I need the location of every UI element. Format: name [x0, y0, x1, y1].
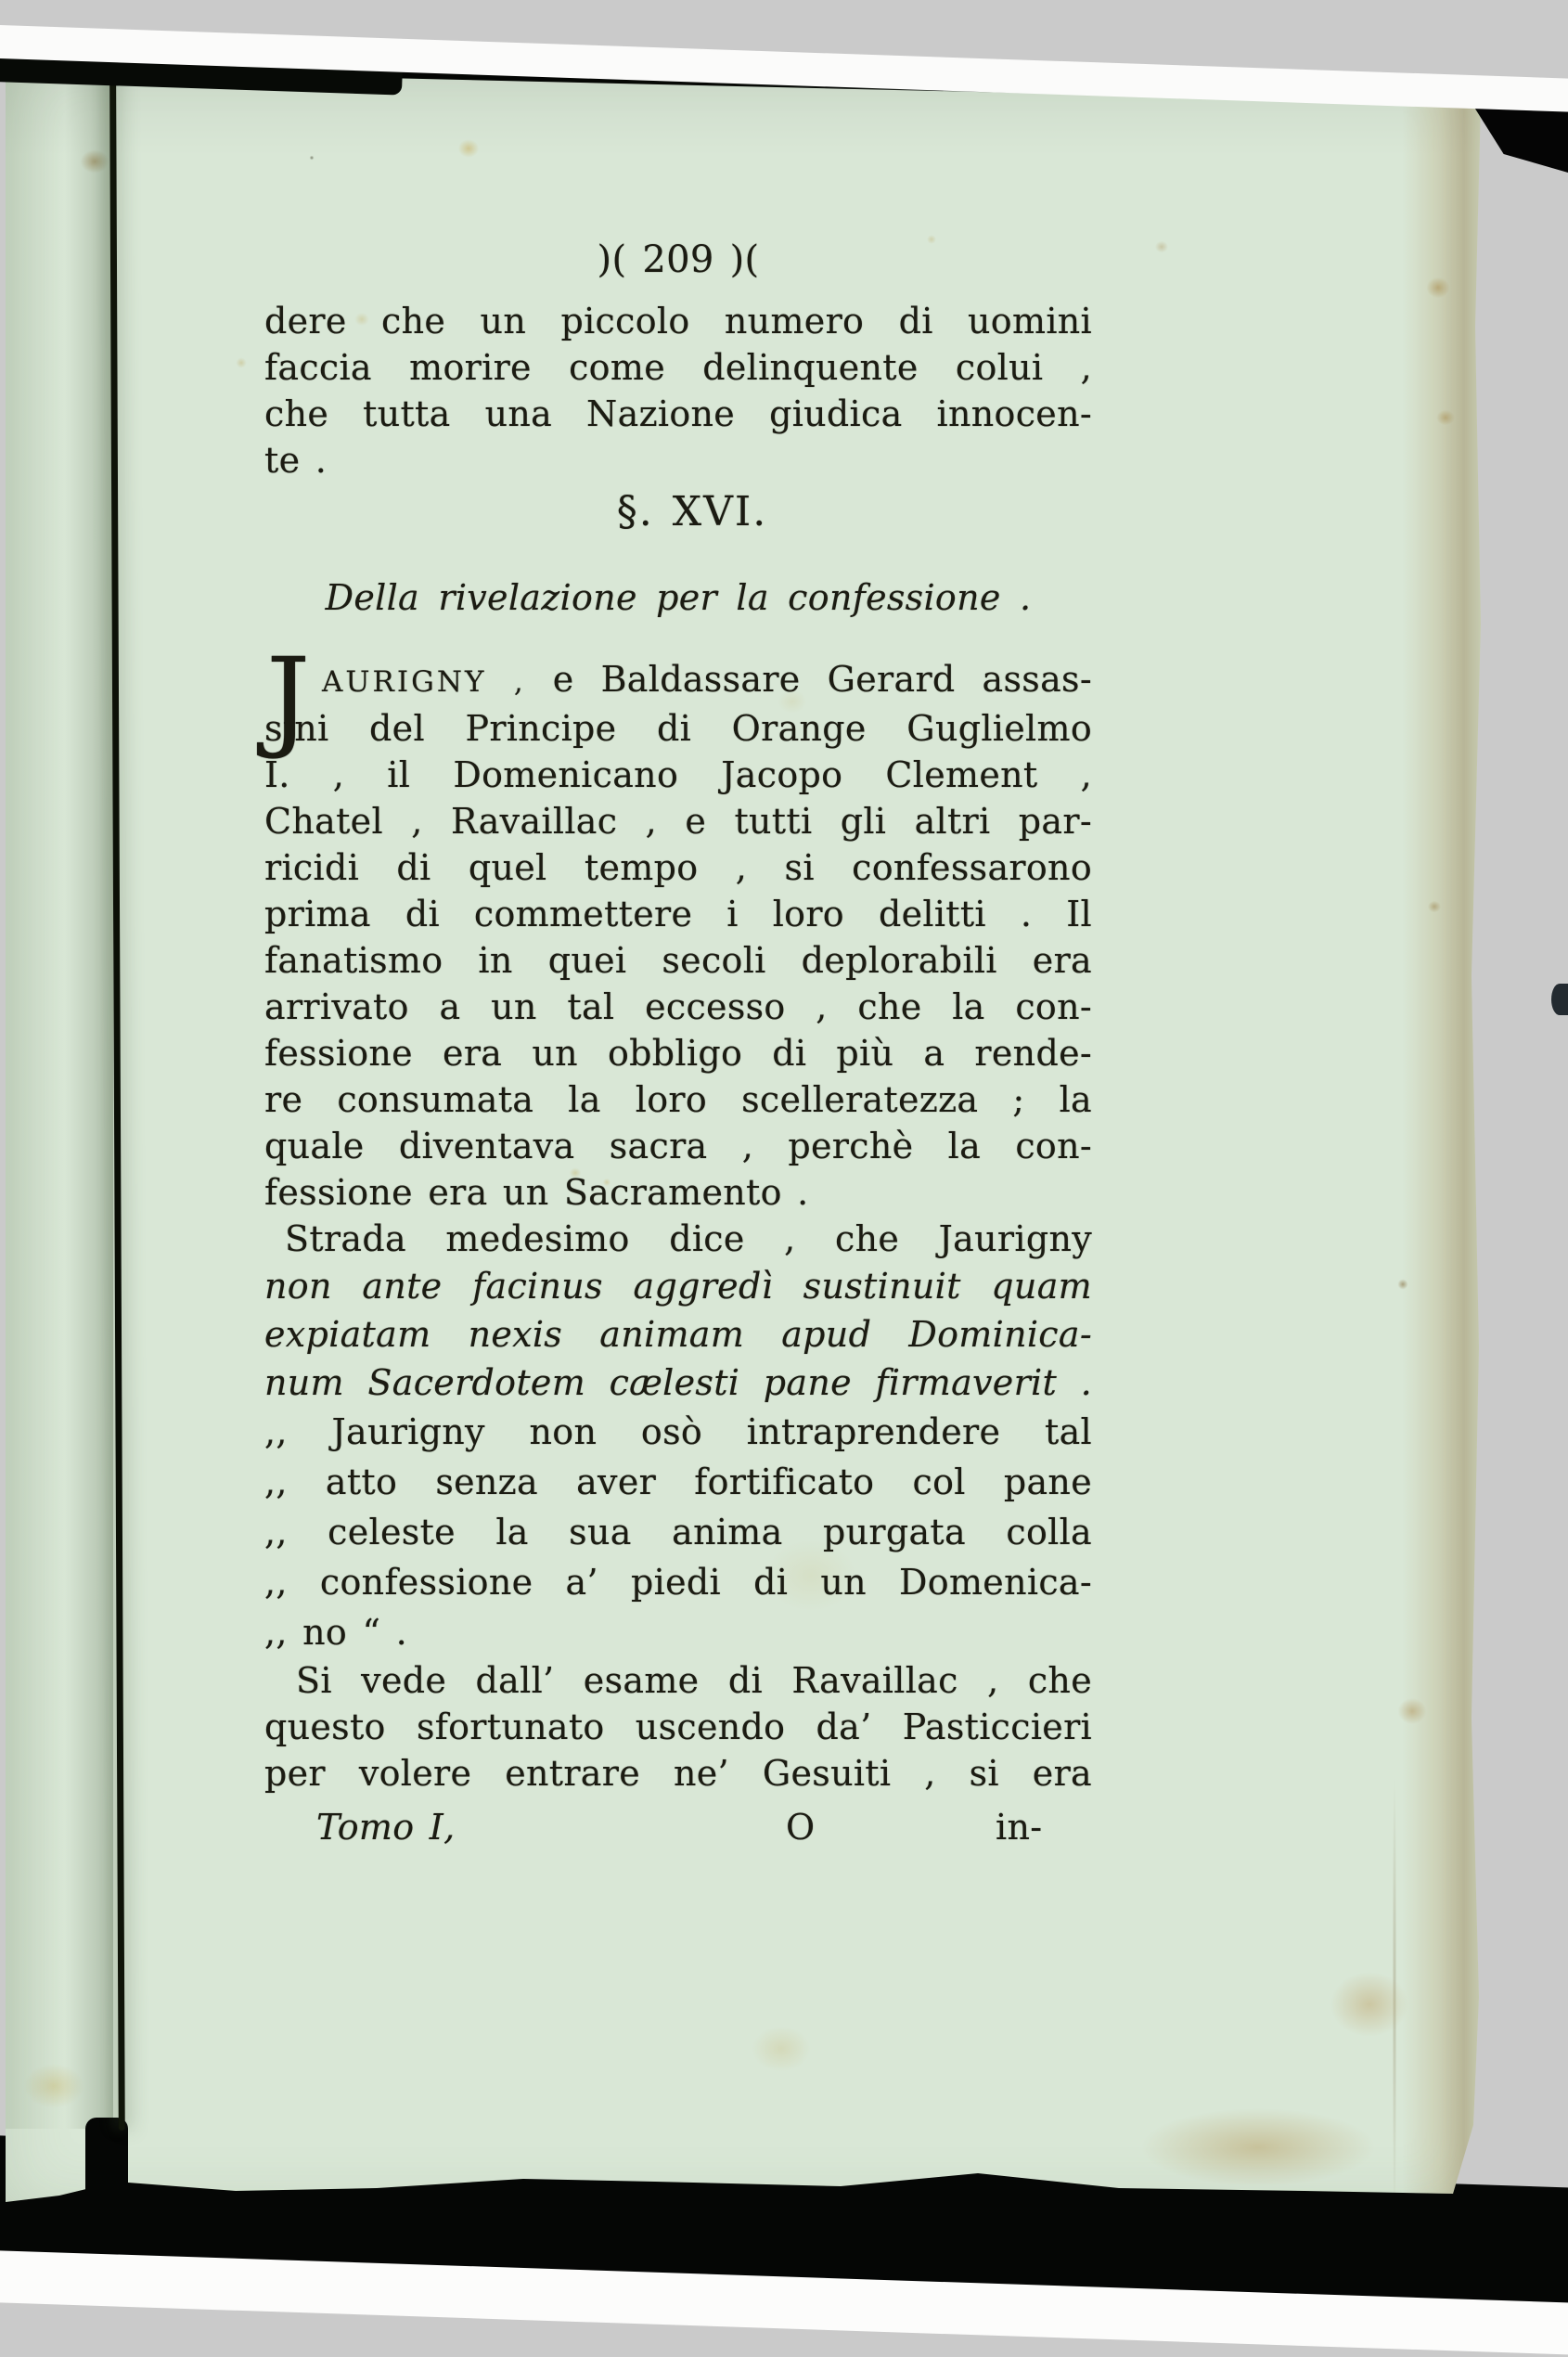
drop-cap-initial: J — [266, 643, 311, 753]
book-scan: )( 209 )( dere che un piccolo numero di … — [0, 0, 1568, 2344]
section-subtitle: Della rivelazione per la confessione . — [264, 574, 1092, 621]
text-line-dropcap: JAURIGNY , e Baldassare Gerard assas- — [264, 656, 1092, 705]
quoted-line: ,, atto senza aver fortificato col pane — [264, 1457, 1092, 1507]
page-text: )( 209 )( dere che un piccolo numero di … — [264, 237, 1092, 1854]
smallcaps-word: AURIGNY , — [322, 665, 526, 699]
right-edge-mark — [1551, 984, 1568, 1015]
text-line: arrivato a un tal eccesso , che la con- — [264, 984, 1092, 1030]
section-heading: §. XVI. — [292, 489, 1092, 535]
text-line: Chatel , Ravaillac , e tutti gli altri p… — [264, 798, 1092, 844]
text-line: sini del Principe di Orange Guglielmo — [264, 705, 1092, 752]
text-line: questo sfortunato uscendo da’ Pasticcier… — [264, 1704, 1092, 1750]
left-page-edge — [6, 48, 113, 2129]
latin-quote-line: num Sacerdotem cælesti pane firmaverit . — [264, 1359, 1092, 1407]
text-line: quale diventava sacra , perchè la con- — [264, 1123, 1092, 1169]
gutter-bottom-shadow — [85, 2118, 128, 2220]
latin-quote-line: non ante facinus aggredì sustinuit quam — [264, 1262, 1092, 1310]
signature-mark: O — [786, 1804, 815, 1850]
text-line: te . — [264, 437, 1092, 483]
text-line: I. , il Domenicano Jacopo Clement , — [264, 752, 1092, 798]
text-line: Strada medesimo dice , che Jaurigny — [264, 1216, 1092, 1262]
quoted-line: ,, celeste la sua anima purgata colla — [264, 1507, 1092, 1557]
text-line: prima di commettere i loro delitti . Il — [264, 891, 1092, 937]
paragraph-4: Si vede dall’ esame di Ravaillac , che q… — [264, 1657, 1092, 1797]
quoted-line: ,, Jaurigny non osò intraprendere tal — [264, 1407, 1092, 1457]
latin-quote-line: expiatam nexis animam apud Dominica- — [264, 1310, 1092, 1359]
quoted-line: ,, confessione a’ piedi di un Domenica- — [264, 1557, 1092, 1607]
text-line: fessione era un Sacramento . — [264, 1169, 1092, 1216]
text-line: dere che un piccolo numero di uomini — [264, 298, 1092, 344]
paragraph-1: dere che un piccolo numero di uomini fac… — [264, 298, 1092, 483]
volume-label: Tomo I, — [316, 1804, 455, 1850]
text-line: Si vede dall’ esame di Ravaillac , che — [264, 1657, 1092, 1704]
paragraph-3: Strada medesimo dice , che Jaurigny non … — [264, 1216, 1092, 1657]
text-line: fanatismo in quei secoli deplorabili era — [264, 937, 1092, 984]
text-line: che tutta una Nazione giudica innocen- — [264, 391, 1092, 437]
quoted-line: ,, no “ . — [264, 1607, 1092, 1657]
text-line: ricidi di quel tempo , si confessarono — [264, 844, 1092, 891]
text-line: re consumata la loro scelleratezza ; la — [264, 1076, 1092, 1123]
paragraph-2: JAURIGNY , e Baldassare Gerard assas- si… — [264, 656, 1092, 1216]
catchword: in- — [996, 1804, 1042, 1850]
text-line: per volere entrare ne’ Gesuiti , si era — [264, 1750, 1092, 1797]
page-number: )( 209 )( — [264, 237, 1092, 283]
page-footer: Tomo I, O in- — [264, 1804, 1092, 1854]
text-line: fessione era un obbligo di più a rende- — [264, 1030, 1092, 1076]
text-line-rest: e Baldassare Gerard assas- — [553, 659, 1092, 700]
text-line: faccia morire come delinquente colui , — [264, 344, 1092, 391]
